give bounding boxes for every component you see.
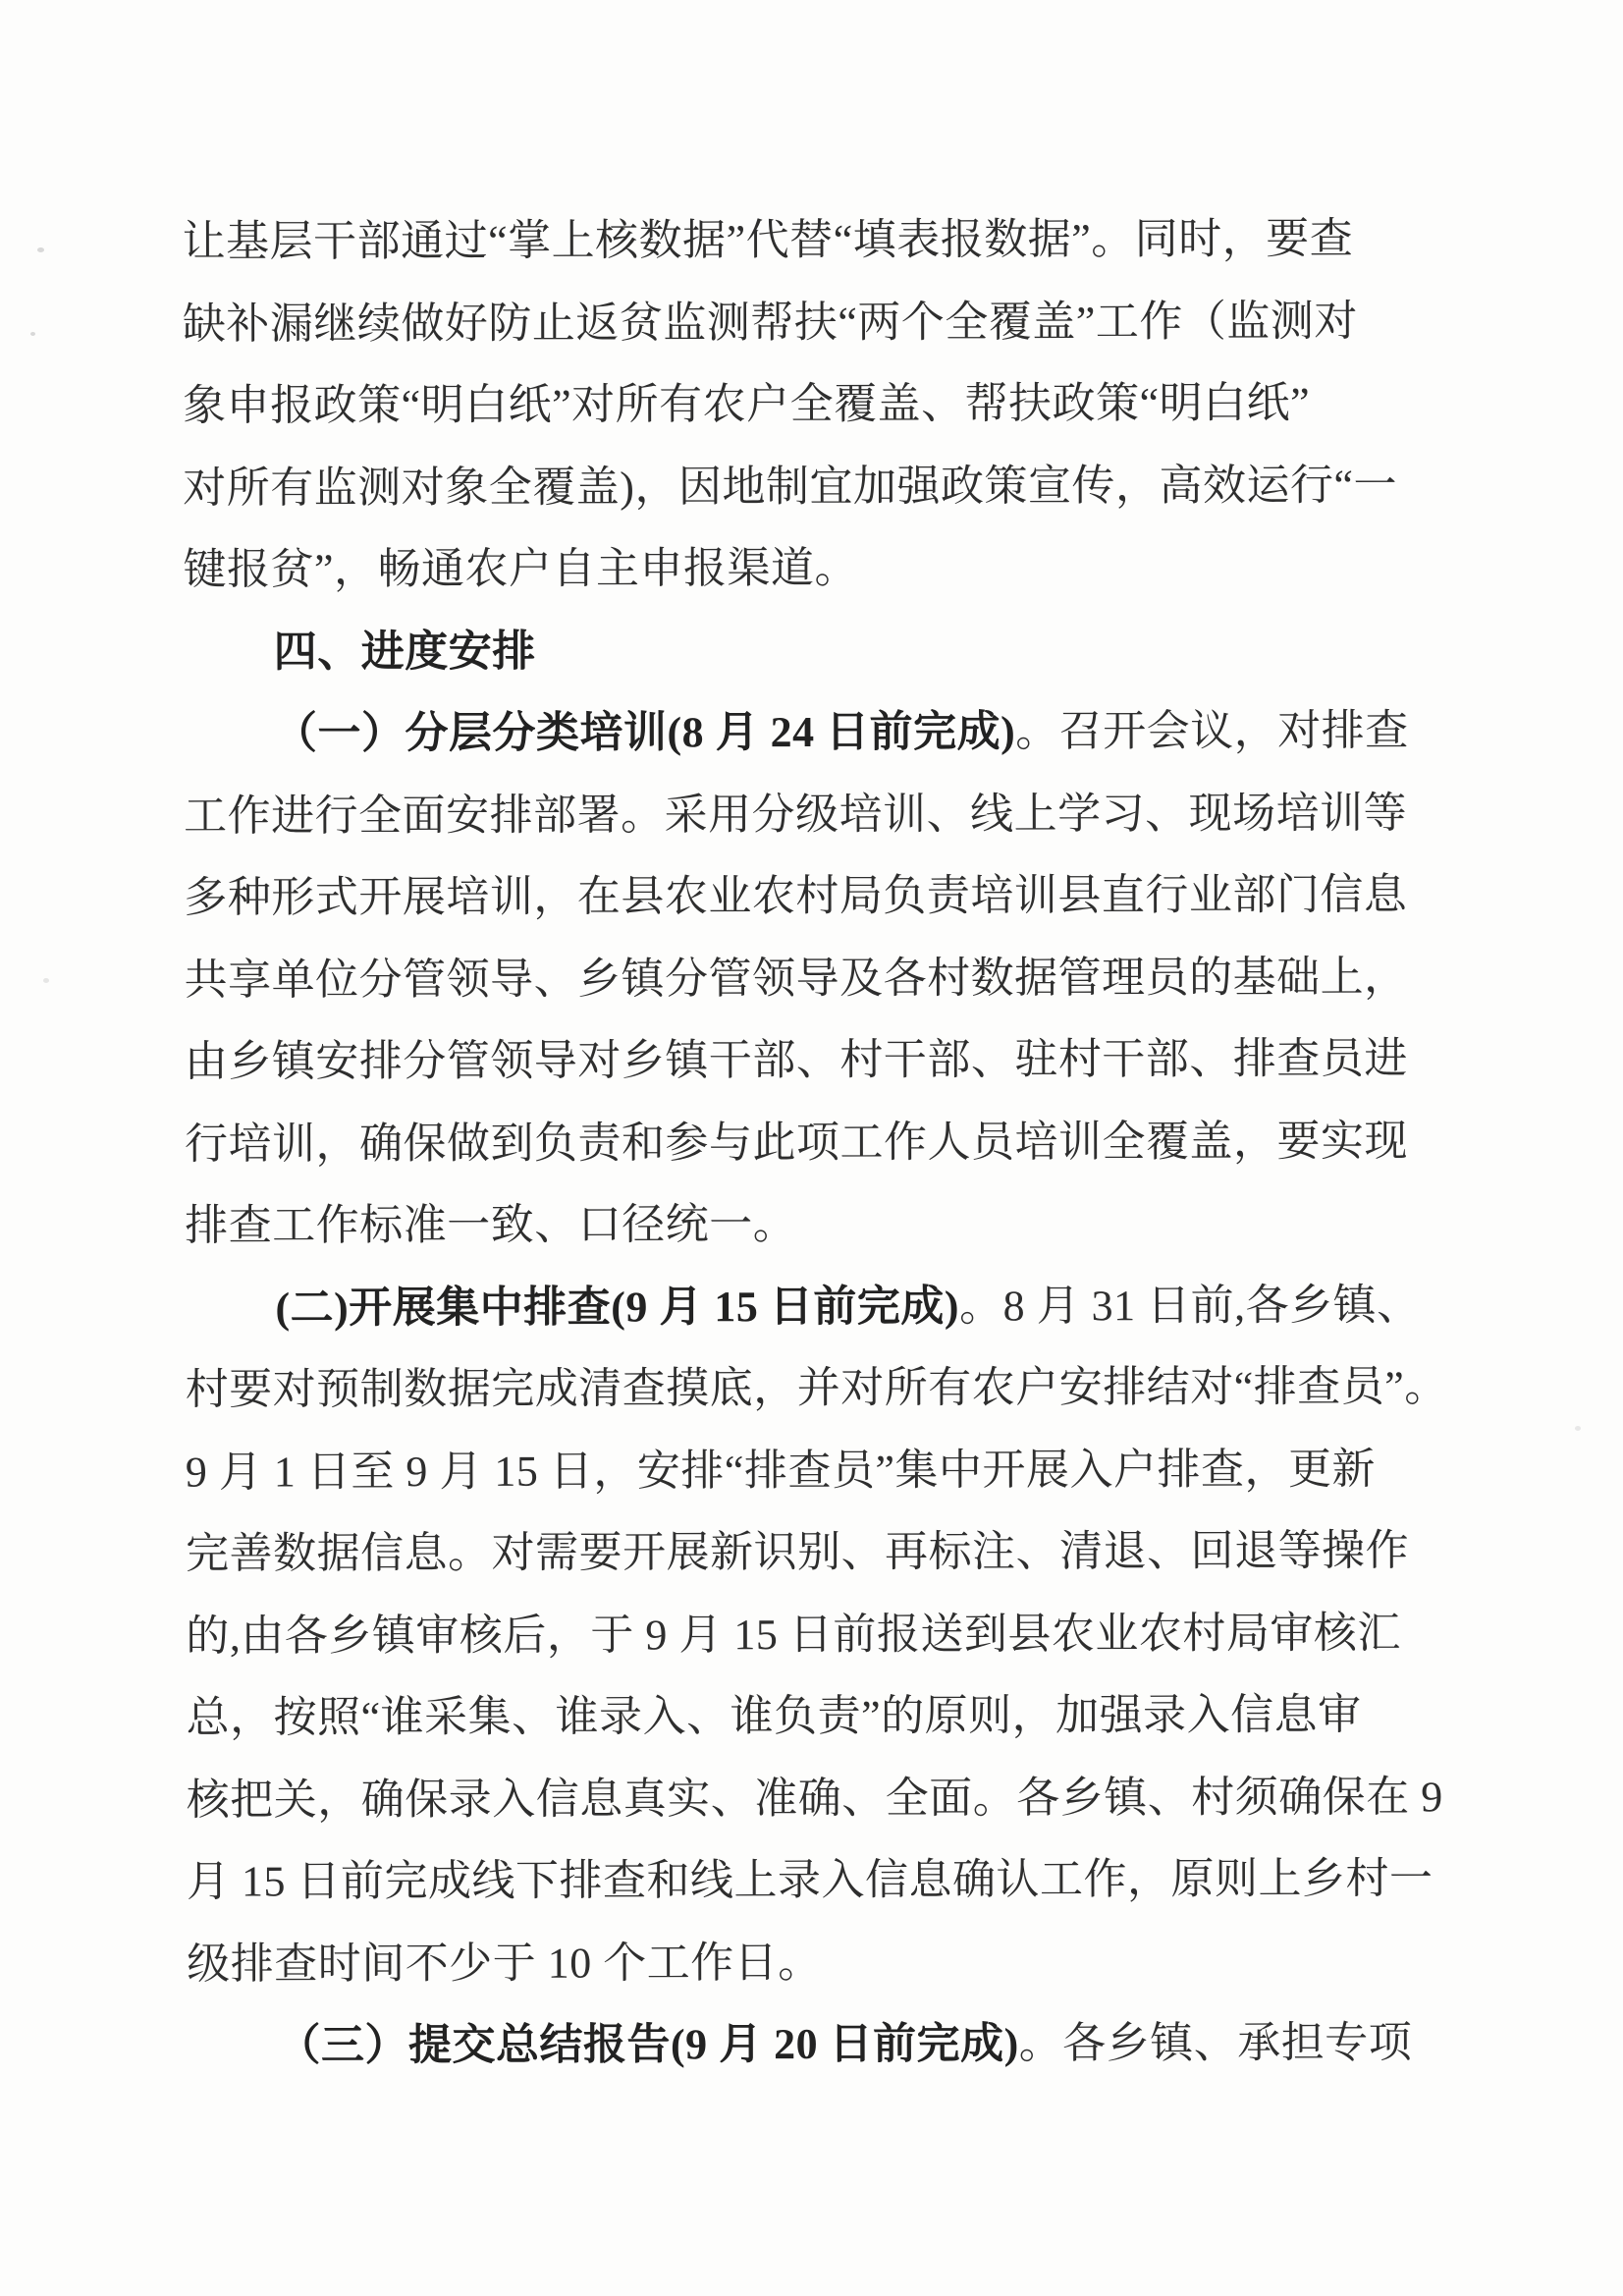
body-line: 象申报政策“明白纸”对所有农户全覆盖、帮扶政策“明白纸” — [183, 361, 1439, 447]
body-line: 行培训，确保做到负责和参与此项工作人员培训全覆盖，要实现 — [185, 1100, 1441, 1185]
body-line: 村要对预制数据完成清查摸底，并对所有农户安排结对“排查员”。 — [186, 1345, 1442, 1431]
body-line: 共享单位分管领导、乡镇分管领导及各村数据管理员的基础上， — [184, 936, 1440, 1021]
body-line: 的,由各乡镇审核后，于 9 月 15 日前报送到县农业农村局审核汇 — [186, 1592, 1442, 1677]
subsection-2-title: (二)开展集中排查(9 月 15 日前完成) — [275, 1282, 959, 1332]
body-line: 排查工作标准一致、口径统一。 — [185, 1181, 1441, 1267]
subsection-2-title-continuation: 。8 月 31 日前,各乡镇、 — [959, 1281, 1421, 1330]
body-line: 对所有监测对象全覆盖)，因地制宜加强政策宣传，高效运行“一 — [183, 444, 1439, 529]
body-line: 月 15 日前完成线下排查和线上录入信息确认工作，原则上乡村一 — [187, 1837, 1443, 1923]
scan-artifact — [30, 332, 35, 336]
subsection-3-title-line: （三）提交总结报告(9 月 20 日前完成)。各乡镇、承担专项 — [187, 2001, 1443, 2087]
scanned-document-page: 让基层干部通过“掌上核数据”代替“填表报数据”。同时，要查 缺补漏继续做好防止返… — [0, 0, 1623, 2296]
subsection-1-title-line: （一）分层分类培训(8 月 24 日前完成)。召开会议，对排查 — [184, 689, 1440, 775]
document-content: 让基层干部通过“掌上核数据”代替“填表报数据”。同时，要查 缺补漏继续做好防止返… — [182, 197, 1443, 2087]
subsection-3-title-continuation: 。各乡镇、承担专项 — [1019, 2018, 1413, 2067]
body-line: 让基层干部通过“掌上核数据”代替“填表报数据”。同时，要查 — [182, 197, 1438, 283]
body-line: 缺补漏继续做好防止返贫监测帮扶“两个全覆盖”工作（监测对 — [183, 280, 1439, 365]
body-line: 完善数据信息。对需要开展新识别、再标注、清退、回退等操作 — [186, 1509, 1442, 1595]
subsection-1-title-continuation: 。召开会议，对排查 — [1015, 706, 1409, 755]
subsection-1-title: （一）分层分类培训(8 月 24 日前完成) — [274, 707, 1015, 757]
body-line: 核把关，确保录入信息真实、准确、全面。各乡镇、村须确保在 9 — [187, 1756, 1443, 1841]
body-line: 由乡镇安排分管领导对乡镇干部、村干部、驻村干部、排查员进 — [185, 1017, 1441, 1103]
scan-artifact — [1575, 1426, 1581, 1431]
subsection-2-title-line: (二)开展集中排查(9 月 15 日前完成)。8 月 31 日前,各乡镇、 — [185, 1264, 1441, 1349]
scan-artifact — [43, 978, 49, 983]
scan-artifact — [37, 247, 44, 252]
body-line: 多种形式开展培训，在县农业农村局负责培训县直行业部门信息 — [184, 853, 1440, 939]
body-line: 9 月 1 日至 9 月 15 日，安排“排查员”集中开展入户排查，更新 — [186, 1428, 1442, 1513]
body-line: 工作进行全面安排部署。采用分级培训、线上学习、现场培训等 — [184, 772, 1440, 857]
body-line: 键报贫”，畅通农户自主申报渠道。 — [183, 525, 1439, 611]
section-heading-progress-arrangement: 四、进度安排 — [184, 608, 1440, 693]
body-line: 总，按照“谁采集、谁录入、谁负责”的原则，加强录入信息审 — [186, 1673, 1442, 1759]
subsection-3-title: （三）提交总结报告(9 月 20 日前完成) — [277, 2019, 1018, 2069]
body-line: 级排查时间不少于 10 个工作日。 — [187, 1920, 1443, 2005]
